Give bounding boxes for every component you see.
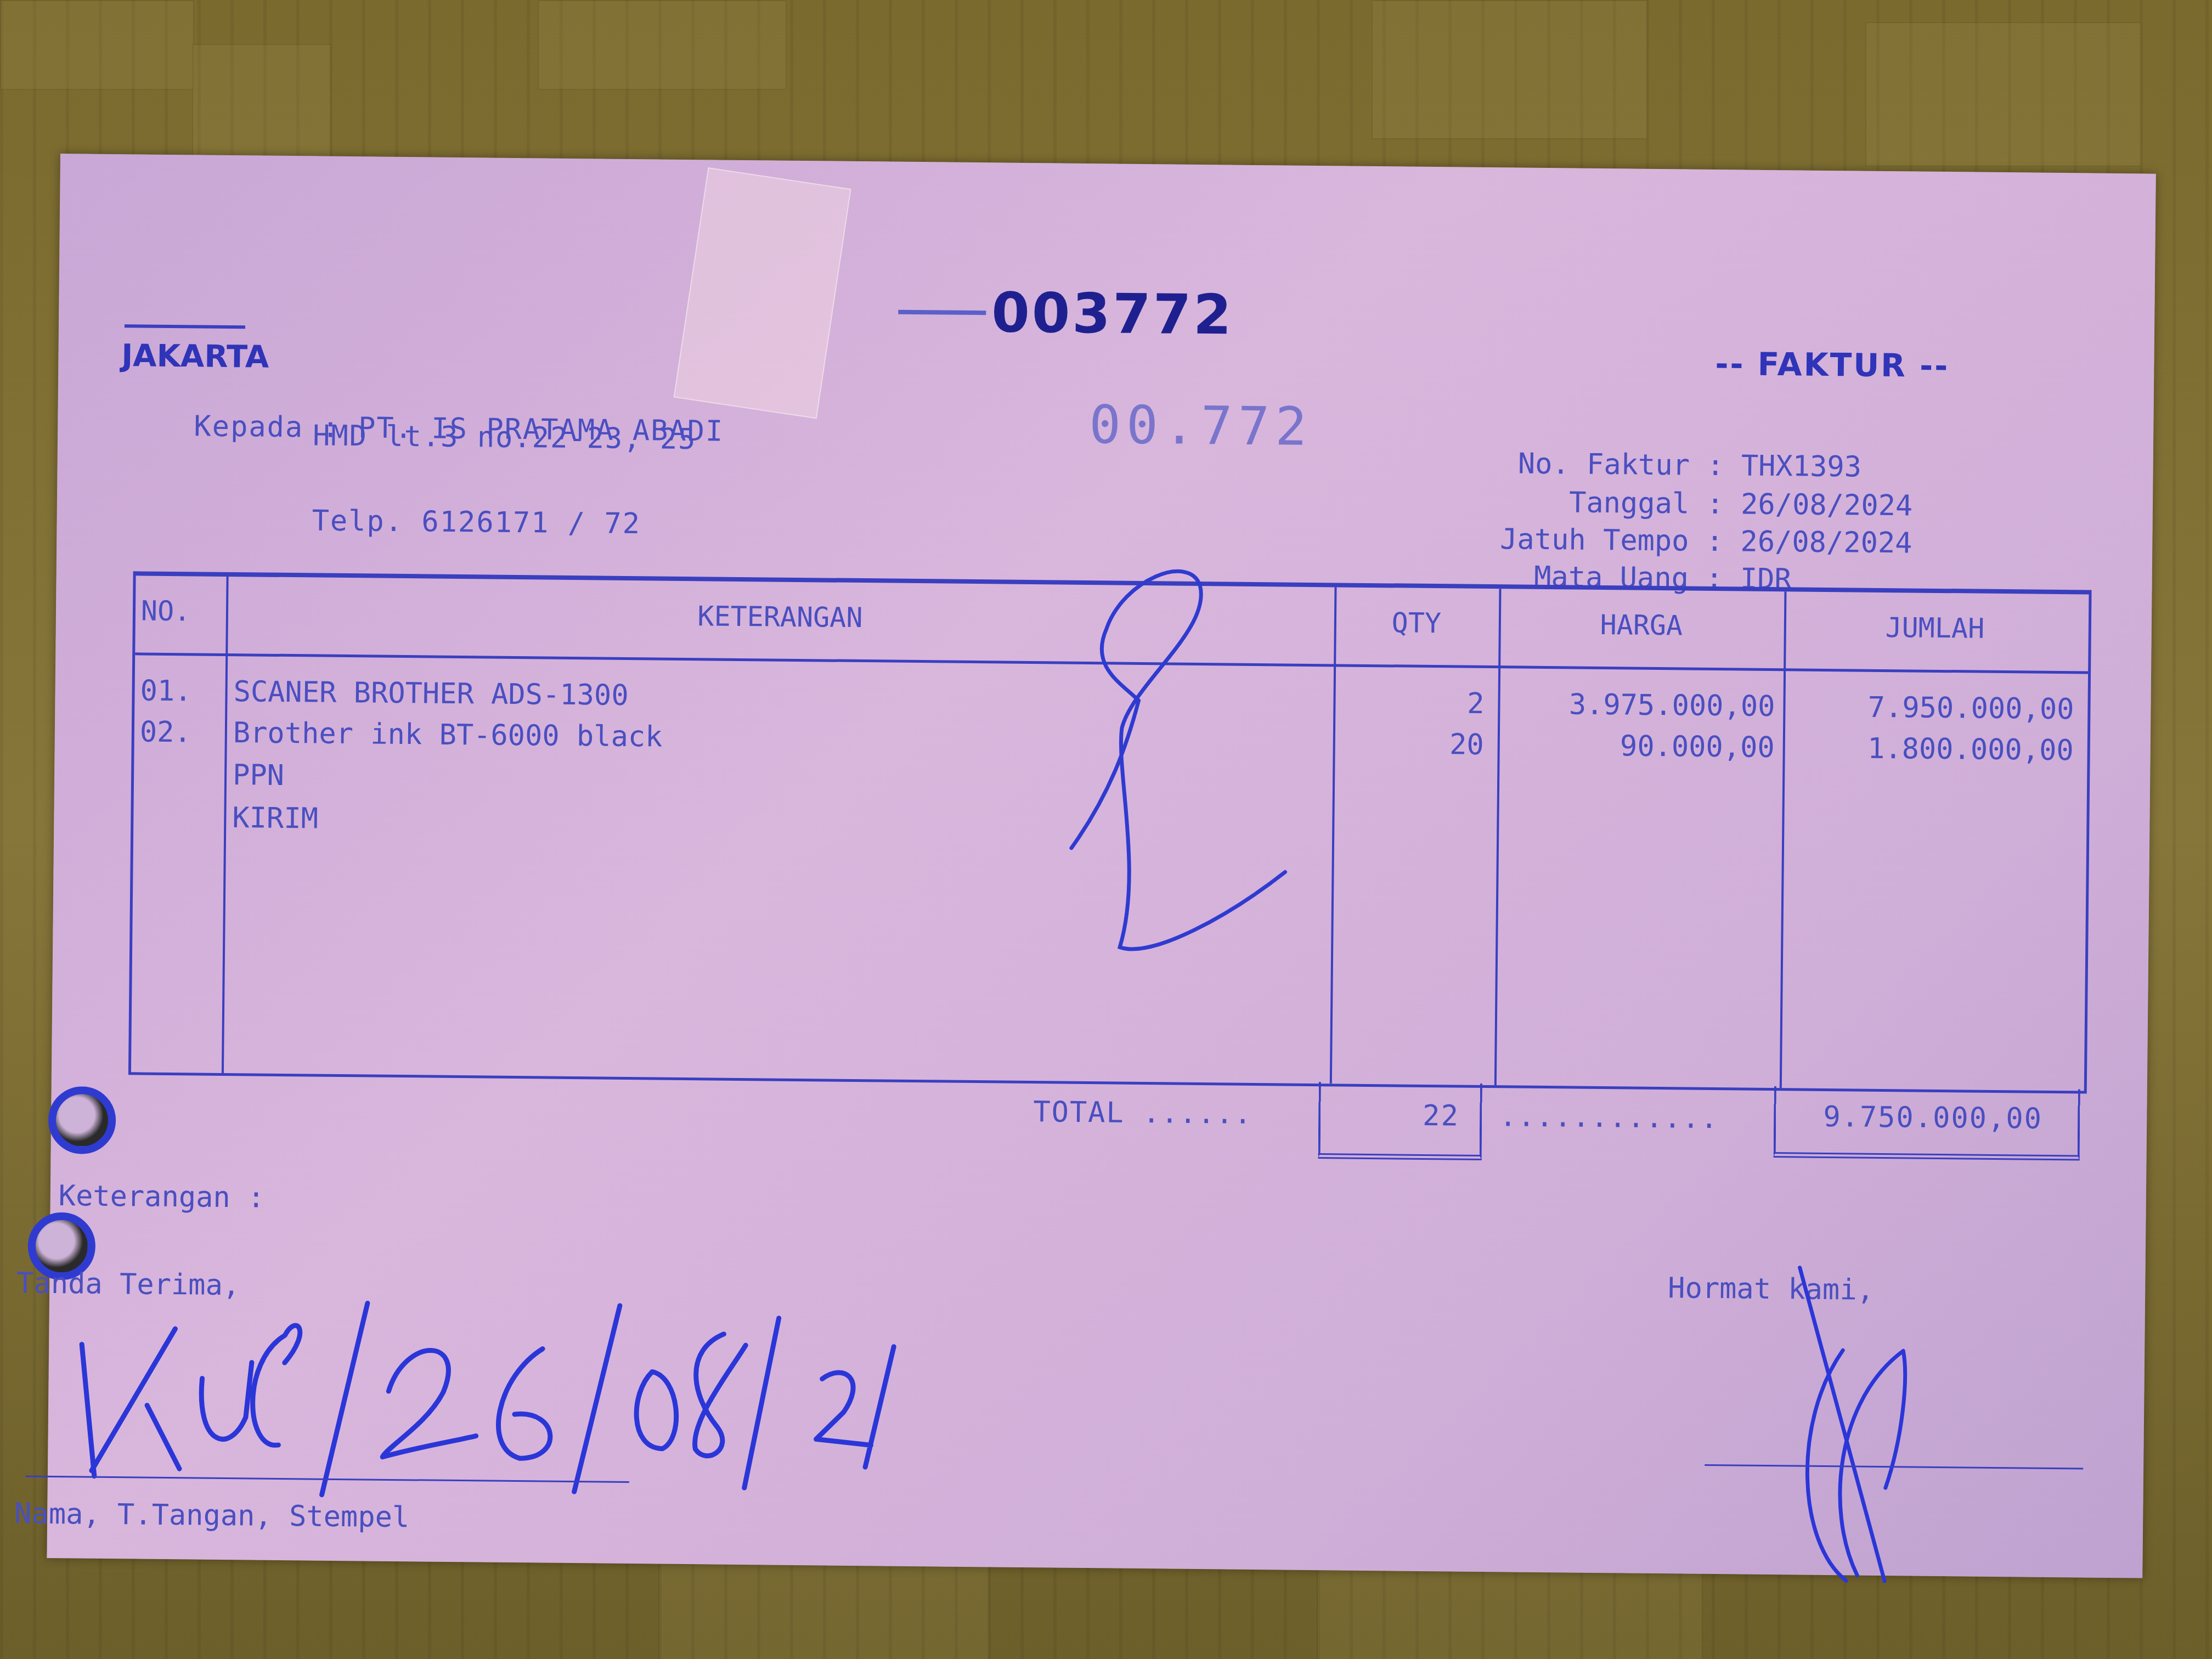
recipient-phone: Telp. 6126171 / 72 <box>312 504 641 540</box>
row-2-description: Brother ink BT-6000 black <box>233 716 663 754</box>
row-2-price: 90.000,00 <box>1500 729 1775 764</box>
table-surface-tile <box>1372 0 1648 139</box>
row-2-amount: 1.800.000,00 <box>1785 731 2074 767</box>
receiver-caption: Nama, T.Tangan, Stempel <box>14 1497 410 1534</box>
table-surface-tile <box>658 1564 990 1659</box>
recipient-address: HMD lt.3 no.22-23, 25 <box>313 419 697 456</box>
tape-strip <box>674 167 851 419</box>
row-1-description: SCANER BROTHER ADS-1300 <box>233 675 629 712</box>
col-header-price: HARGA <box>1502 608 1782 642</box>
sender-signature-icon <box>1725 1256 1959 1587</box>
header-rule <box>125 324 245 329</box>
row-2-qty: 20 <box>1335 727 1484 761</box>
city-label: JAKARTA <box>121 338 269 375</box>
serial-number-stamp: 003772 <box>991 280 1234 347</box>
col-header-amount: JUMLAH <box>1787 611 2084 645</box>
document-title: -- FAKTUR -- <box>1715 345 1949 385</box>
total-dots: ............ <box>1499 1100 1719 1135</box>
handwritten-mark-icon <box>1009 562 1342 994</box>
col-divider <box>1494 589 1502 1085</box>
items-table: NO. KETERANGAN QTY HARGA JUMLAH 01. SCAN… <box>128 571 2092 1093</box>
table-surface-tile <box>1865 22 2142 167</box>
table-surface-tile <box>0 0 194 90</box>
row-1-qty: 2 <box>1336 686 1485 720</box>
invoice-paper: 003772 00.772 JAKARTA Kepada : PT. IS PR… <box>47 154 2155 1578</box>
col-header-no: NO. <box>141 595 224 627</box>
table-surface-tile <box>192 44 331 161</box>
col-header-qty: QTY <box>1337 606 1497 640</box>
table-surface-tile <box>538 0 787 90</box>
total-qty: 22 <box>1423 1099 1459 1133</box>
kepada-label: Kepada <box>194 410 303 444</box>
col-divider <box>222 577 229 1073</box>
col-divider <box>1780 591 1787 1088</box>
total-amount: 9.750.000,00 <box>1823 1101 2042 1136</box>
table-surface-tile <box>1317 1564 1703 1659</box>
row-3-description: PPN <box>233 759 284 792</box>
serial-number-faint-stamp: 00.772 <box>1089 394 1313 458</box>
total-label: TOTAL ...... <box>1033 1096 1252 1131</box>
punch-hole <box>48 1086 116 1154</box>
stamp-smudge <box>898 310 986 315</box>
row-4-description: KIRIM <box>232 802 318 836</box>
row-2-no: 02. <box>140 715 191 749</box>
row-1-price: 3.975.000,00 <box>1500 687 1775 723</box>
row-1-amount: 7.950.000,00 <box>1786 690 2074 726</box>
row-1-no: 01. <box>140 674 191 708</box>
notes-label: Keterangan : <box>58 1180 264 1215</box>
